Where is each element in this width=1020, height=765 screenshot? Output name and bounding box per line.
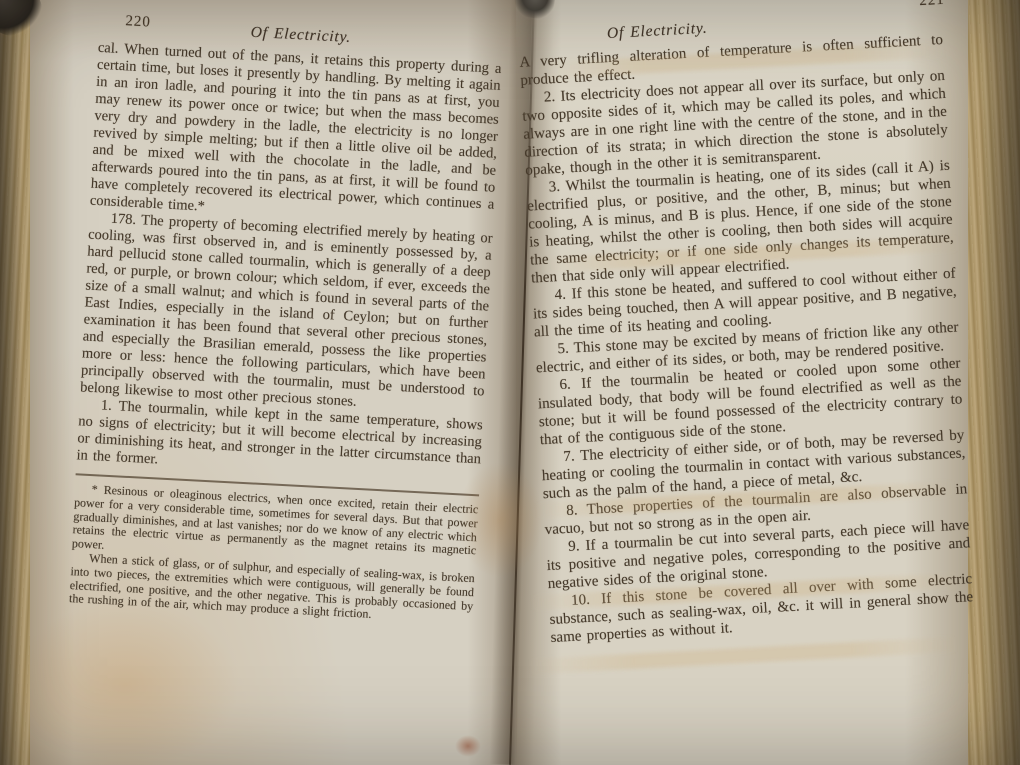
left-page-text: 220 Of Electricity. cal. When turned out… [69,12,504,627]
right-running-head: Of Electricity. [607,20,708,43]
paragraph: 178. The property of becoming electrifie… [80,210,493,418]
fore-edge-stack-right [964,0,1020,765]
right-page-text: Of Electricity. 221 A very trifling alte… [517,3,974,647]
left-page-number: 220 [125,13,151,31]
left-running-head: Of Electricity. [250,24,351,46]
paragraph: cal. When turned out of the pans, it ret… [89,40,501,231]
left-page-body: cal. When turned out of the pans, it ret… [76,40,502,486]
left-page-footnotes: * Resinous or oleaginous electrics, when… [69,482,479,627]
right-page-number: 221 [919,0,945,10]
right-page-body: A very trifling alteration of temperatur… [519,31,975,647]
book-photo: 220 Of Electricity. cal. When turned out… [0,0,1020,765]
